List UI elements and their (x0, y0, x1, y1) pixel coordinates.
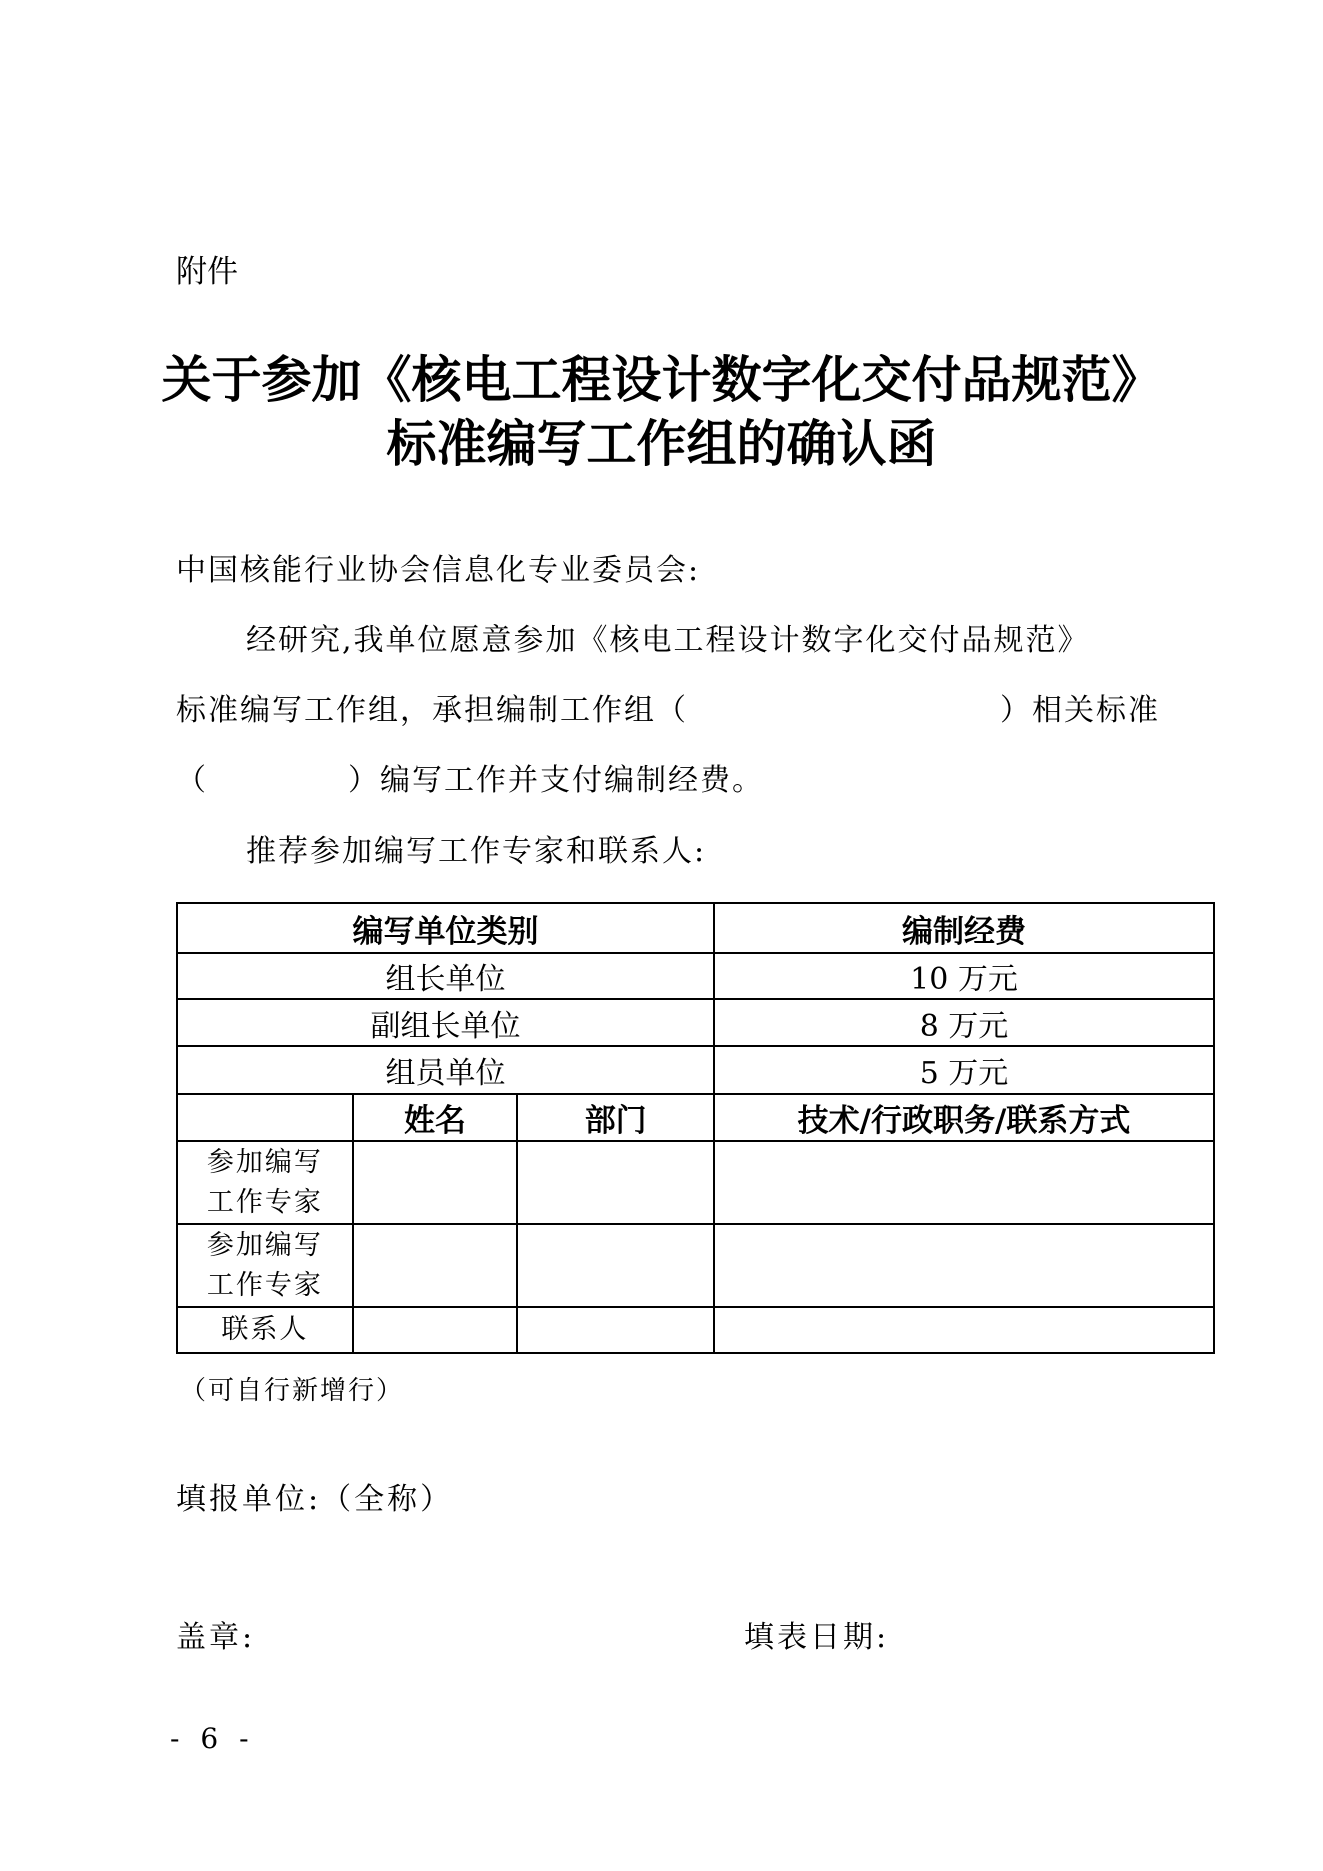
expert-department-cell[interactable] (517, 1141, 714, 1224)
expert-contact-cell[interactable] (714, 1141, 1214, 1224)
fee-category: 组长单位 (177, 953, 714, 999)
paragraph-line3-part2: ）编写工作并支付编制经费。 (348, 763, 764, 798)
fee-amount: 5 万元 (714, 1046, 1214, 1094)
paragraph-line2-part2: ）相关标准 (1000, 685, 1160, 729)
contact-department-cell[interactable] (517, 1307, 714, 1353)
expert-role-line1: 参加编写 (178, 1143, 352, 1183)
expert-header-department: 部门 (517, 1094, 714, 1141)
paragraph-line2: 标准编写工作组，承担编制工作组（ ）相关标准 (176, 685, 1160, 729)
expert-role: 参加编写 工作专家 (177, 1141, 353, 1224)
attachment-label: 附件 (176, 246, 238, 291)
document-title-line2: 标准编写工作组的确认函 (0, 404, 1323, 476)
expert-role-line1: 参加编写 (178, 1226, 352, 1266)
workgroup-blank-field[interactable] (759, 685, 929, 729)
expert-role: 参加编写 工作专家 (177, 1224, 353, 1307)
expert-row: 参加编写 工作专家 (177, 1224, 1214, 1307)
fee-row: 组员单位 5 万元 (177, 1046, 1214, 1094)
paragraph-line3: （）编写工作并支付编制经费。 (176, 755, 764, 799)
fee-category: 副组长单位 (177, 999, 714, 1046)
fill-date-label: 填表日期: (744, 1612, 889, 1656)
paragraph-line3-part1: （ (176, 763, 208, 798)
expert-row: 参加编写 工作专家 (177, 1141, 1214, 1224)
contact-info-cell[interactable] (714, 1307, 1214, 1353)
fee-amount: 8 万元 (714, 999, 1214, 1046)
expert-role-line2: 工作专家 (178, 1266, 352, 1306)
expert-header-name: 姓名 (353, 1094, 518, 1141)
expert-header-role (177, 1094, 353, 1141)
fee-amount: 10 万元 (714, 953, 1214, 999)
expert-header-row: 姓名 部门 技术/行政职务/联系方式 (177, 1094, 1214, 1141)
fee-row: 副组长单位 8 万元 (177, 999, 1214, 1046)
add-rows-note: （可自行新增行） (180, 1370, 404, 1407)
contact-role: 联系人 (177, 1307, 353, 1353)
contact-name-cell[interactable] (353, 1307, 518, 1353)
fee-header-amount: 编制经费 (714, 903, 1214, 953)
reporting-unit-label: 填报单位:（全称） (176, 1474, 453, 1518)
paragraph-line1: 经研究,我单位愿意参加《核电工程设计数字化交付品规范》 (246, 615, 1090, 659)
contact-row: 联系人 (177, 1307, 1214, 1353)
expert-contact-cell[interactable] (714, 1224, 1214, 1307)
seal-label: 盖章: (176, 1612, 255, 1656)
paragraph-line2-part1: 标准编写工作组，承担编制工作组（ (176, 685, 688, 729)
expert-department-cell[interactable] (517, 1224, 714, 1307)
salutation: 中国核能行业协会信息化专业委员会: (176, 545, 700, 589)
document-title-line1: 关于参加《核电工程设计数字化交付品规范》 (0, 340, 1323, 412)
recommend-line: 推荐参加编写工作专家和联系人: (246, 826, 706, 870)
page-number: - 6 - (170, 1722, 255, 1755)
fee-header-row: 编写单位类别 编制经费 (177, 903, 1214, 953)
fee-row: 组长单位 10 万元 (177, 953, 1214, 999)
expert-header-contact: 技术/行政职务/联系方式 (714, 1094, 1214, 1141)
fee-category: 组员单位 (177, 1046, 714, 1094)
confirmation-table: 编写单位类别 编制经费 组长单位 10 万元 副组长单位 8 万元 组员单位 5… (176, 902, 1215, 1354)
expert-role-line2: 工作专家 (178, 1183, 352, 1223)
expert-name-cell[interactable] (353, 1224, 518, 1307)
expert-name-cell[interactable] (353, 1141, 518, 1224)
fee-header-category: 编写单位类别 (177, 903, 714, 953)
